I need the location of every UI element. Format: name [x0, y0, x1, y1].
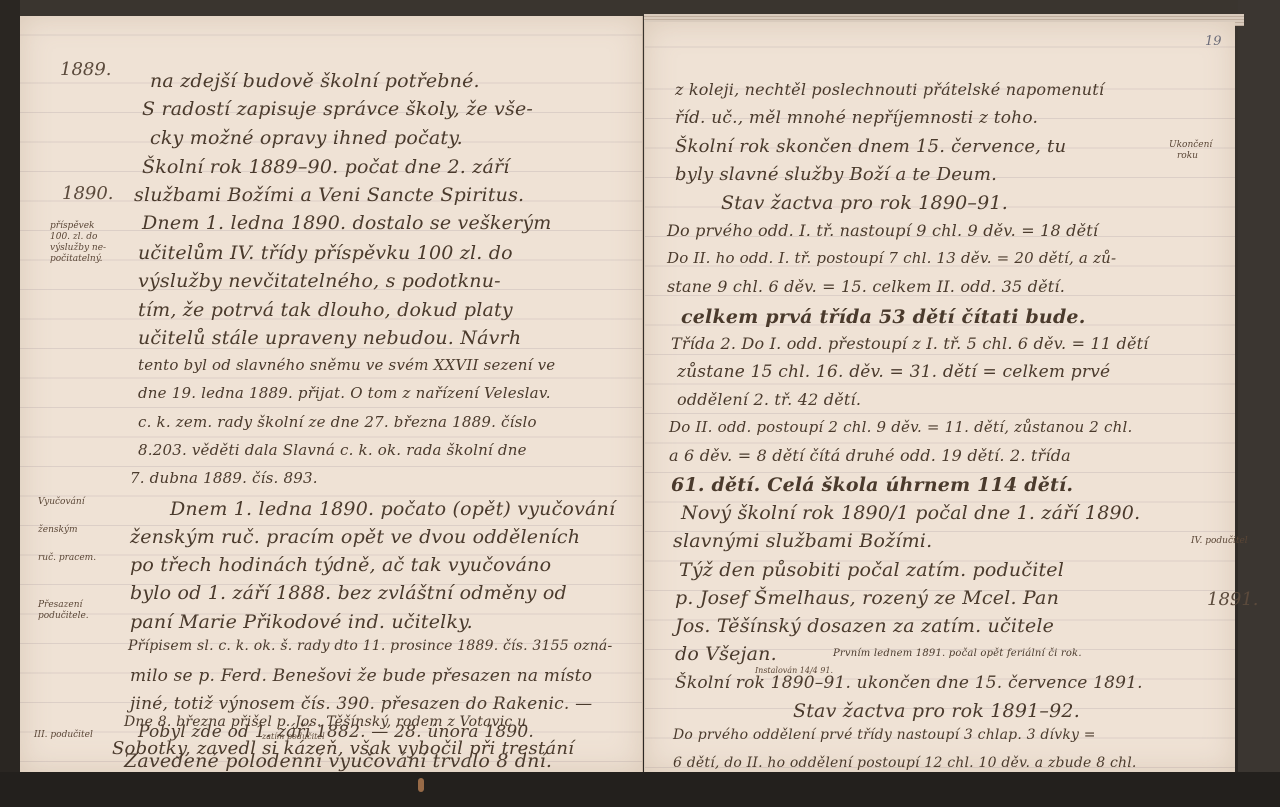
text-line: Do II. odd. postoupí 2 chl. 9 děv. = 11.…	[669, 418, 1132, 436]
text-line: Do prvého odd. I. tř. nastoupí 9 chl. 9 …	[667, 221, 1098, 240]
text-line: Dnem 1. ledna 1890. počato (opět) vyučov…	[170, 498, 615, 520]
margin-note-contribution: příspěvek 100. zl. do výslužby ne- počit…	[50, 221, 106, 265]
text-line: celkem prvá třída 53 dětí čítati bude.	[681, 306, 1086, 328]
text-line: slavnými službami Božími.	[673, 530, 932, 552]
text-line: Přípisem sl. c. k. ok. š. rady dto 11. p…	[128, 638, 612, 654]
margin-year-1890: 1890.	[62, 188, 114, 199]
text-line: Jos. Těšínský dosazen za zatím. učitele	[675, 615, 1054, 637]
text-line: p. Josef Šmelhaus, rozený ze Mcel. Pan	[675, 587, 1059, 609]
margin-year-1891: 1891.	[1207, 594, 1259, 605]
text-line: Školní rok 1889–90. počat dne 2. září	[142, 156, 510, 178]
text-line: z koleji, nechtěl poslechnouti přátelské…	[675, 80, 1104, 99]
bottom-cover-edge	[0, 772, 1280, 807]
text-line: a 6 děv. = 8 dětí čítá druhé odd. 19 dět…	[669, 446, 1071, 465]
text-line: Do II. ho odd. I. tř. postoupí 7 chl. 13…	[667, 249, 1116, 267]
margin-note-third-teacher: III. podučitel	[34, 730, 93, 741]
text-line: 6 dětí, do II. ho oddělení postoupí 12 c…	[673, 755, 1137, 771]
text-line: 8.203. věděti dala Slavná c. k. ok. rada…	[138, 441, 527, 459]
page-number: 19	[1205, 34, 1222, 49]
text-line: c. k. zem. rady školní ze dne 27. března…	[138, 413, 537, 431]
margin-note-end-of-year: Ukončení roku	[1169, 140, 1212, 162]
text-line: stane 9 chl. 6 děv. = 15. celkem II. odd…	[667, 277, 1065, 296]
text-line: milo se p. Ferd. Benešovi že bude přesaz…	[130, 666, 592, 686]
text-line: S radostí zapisuje správce školy, že vše…	[142, 98, 533, 120]
text-line: byly slavné služby Boží a te Deum.	[675, 164, 997, 185]
text-line: do Všejan.	[675, 643, 777, 665]
section-heading: Stav žactva pro rok 1890–91.	[721, 192, 1008, 214]
text-line: říd. uč., měl mnohé nepříjemnosti z toho…	[675, 108, 1038, 128]
text-line: ženským ruč. pracím opět ve dvou oddělen…	[130, 526, 580, 548]
text-line: 7. dubna 1889. čís. 893.	[130, 469, 318, 487]
text-line: výslužby nevčitatelného, s podotknu-	[138, 270, 501, 292]
margin-note-needlework: Vyučování ženským ruč. pracem.	[38, 488, 96, 572]
ink-stain	[418, 778, 424, 792]
text-line: zůstane 15 chl. 16. děv. = 31. dětí = ce…	[677, 362, 1110, 382]
text-line: Dnem 1. ledna 1890. dostalo se veškerým	[142, 212, 551, 234]
text-line: Školní rok skončen dnem 15. července, tu	[675, 136, 1066, 157]
text-line: na zdejší budově školní potřebné.	[150, 70, 480, 92]
margin-year-1889: 1889.	[60, 64, 112, 75]
left-binding-edge	[0, 0, 20, 807]
section-heading: Stav žactva pro rok 1891–92.	[793, 700, 1080, 722]
text-line: učitelům IV. třídy příspěvku 100 zl. do	[138, 242, 513, 264]
text-line: oddělení 2. tř. 42 dětí.	[677, 390, 861, 409]
margin-note-fourth-teacher: IV. podučitel	[1191, 536, 1248, 547]
right-binding-edge	[1238, 0, 1280, 807]
side-note: Prvním lednem 1891. počal opět feriální …	[833, 648, 1082, 659]
text-line: jiné, totiž výnosem čís. 390. přesazen d…	[130, 694, 592, 714]
text-line: bylo od 1. září 1888. bez zvláštní odměn…	[130, 582, 567, 604]
text-line: službami Božími a Veni Sancte Spiritus.	[134, 184, 524, 206]
text-line: učitelů stále upraveny nebudou. Návrh	[138, 327, 521, 349]
text-line: 61. dětí. Celá škola úhrnem 114 dětí.	[671, 474, 1073, 496]
text-line: Nový školní rok 1890/1 počal dne 1. září…	[681, 502, 1140, 524]
text-line: Sobotky, zavedl si kázeň, však vybočil p…	[112, 738, 574, 759]
text-line: Dne 8. března přišel p. Jos. Těšínský, r…	[124, 714, 526, 730]
text-line: Týž den působiti počal zatím. podučitel	[679, 559, 1064, 581]
text-line: po třech hodinách týdně, ač tak vyučován…	[130, 554, 551, 576]
text-line: cky možné opravy ihned počaty.	[150, 127, 463, 149]
text-line: Třída 2. Do I. odd. přestoupí z I. tř. 5…	[671, 334, 1149, 353]
text-line: dne 19. ledna 1889. přijat. O tom z naří…	[138, 384, 551, 402]
text-line: paní Marie Přikodové ind. učitelky.	[130, 611, 473, 633]
left-page: 1889. 1890. příspěvek 100. zl. do výsluž…	[20, 16, 643, 772]
right-page: 19 Ukončení roku IV. podučitel 1891. z k…	[644, 22, 1235, 772]
margin-note-transfer: Přesazení podučitele.	[38, 600, 89, 622]
text-line: tento byl od slavného sněmu ve svém XXVI…	[138, 356, 555, 374]
text-line: tím, že potrvá tak dlouho, dokud platy	[138, 299, 513, 321]
text-line: Do prvého oddělení prvé třídy nastoupí 3…	[673, 727, 1096, 743]
text-line: Školní rok 1890–91. ukončen dne 15. červ…	[675, 673, 1143, 693]
